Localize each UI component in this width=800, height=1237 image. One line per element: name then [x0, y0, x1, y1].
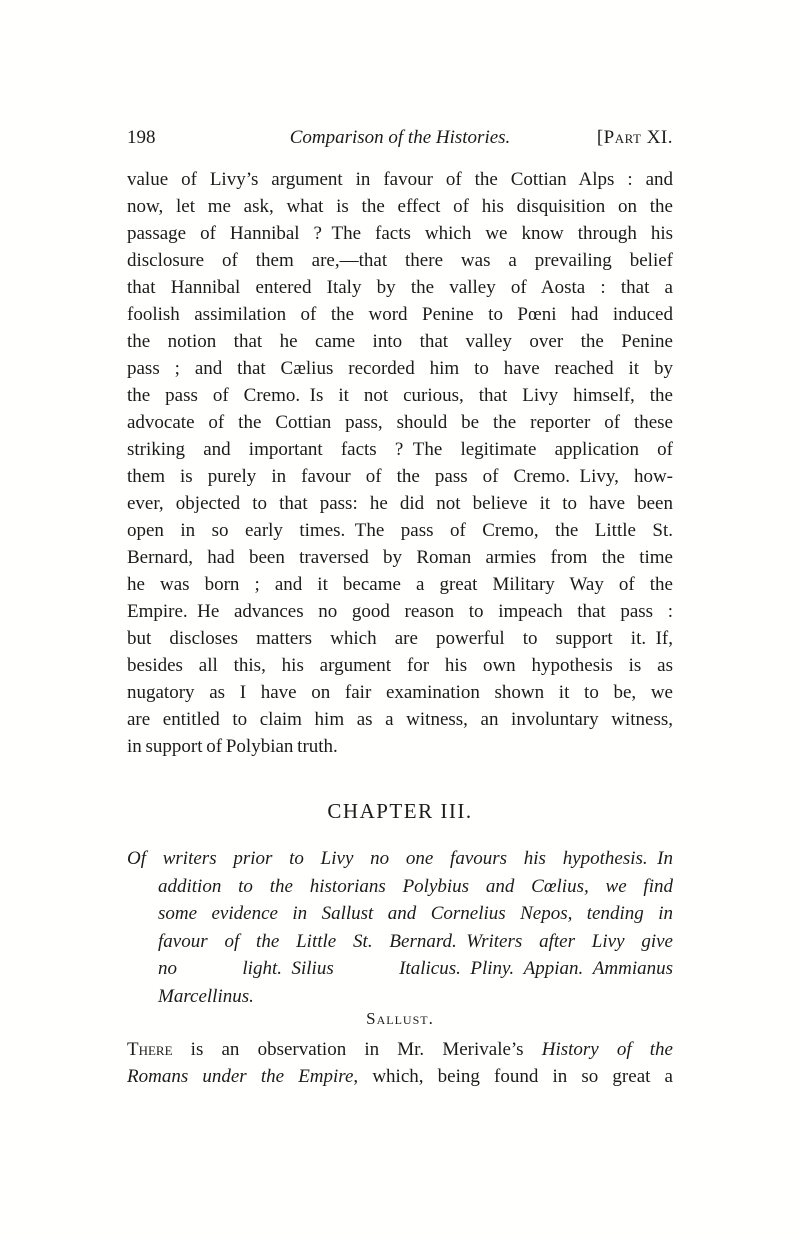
text-line: Marcellinus. — [127, 983, 673, 1011]
text-segment: but discloses matters which are powerful… — [127, 628, 673, 649]
text-segment: Empire. He advances no good reason to im… — [127, 601, 673, 622]
paragraph-continuation: value of Livy’s argument in favour of th… — [127, 166, 673, 760]
text-line: but discloses matters which are powerful… — [127, 625, 673, 652]
text-segment: are entitled to claim him as a witness, … — [127, 709, 673, 730]
text-line: nugatory as I have on fair examination s… — [127, 679, 673, 706]
text-segment: Romans under the Empire — [127, 1066, 353, 1087]
text-line: Empire. He advances no good reason to im… — [127, 598, 673, 625]
text-segment: pass ; and that Cælius recorded him to h… — [127, 358, 673, 379]
text-segment: Marcellinus. — [158, 986, 254, 1007]
text-segment: in support of Polybian truth. — [127, 736, 338, 757]
text-segment: them is purely in favour of the pass of … — [127, 466, 673, 487]
text-segment: ever, objected to that pass: he did not … — [127, 493, 673, 514]
text-segment: besides all this, his argument for his o… — [127, 655, 673, 676]
text-line: besides all this, his argument for his o… — [127, 652, 673, 679]
text-line: striking and important facts ? The legit… — [127, 436, 673, 463]
text-line: some evidence in Sallust and Cornelius N… — [127, 900, 673, 928]
text-line: disclosure of them are,—that there was a… — [127, 247, 673, 274]
text-line: addition to the historians Polybius and … — [127, 873, 673, 901]
text-segment: Bernard, had been traversed by Roman arm… — [127, 547, 673, 568]
text-segment: some evidence in Sallust and Cornelius N… — [158, 903, 673, 924]
text-segment: nugatory as I have on fair examination s… — [127, 682, 673, 703]
text-segment: Of writers prior to Livy no one favours … — [127, 848, 673, 869]
running-title: Comparison of the Histories. — [247, 127, 553, 149]
text-segment: favour of the Little St. Bernard. Writer… — [158, 931, 673, 952]
text-segment: passage of Hannibal ? The facts which we… — [127, 223, 673, 244]
text-segment: no light. Silius Italicus. Pliny. Appian… — [158, 958, 673, 979]
text-line: that Hannibal entered Italy by the valle… — [127, 274, 673, 301]
page-header: 198 Comparison of the Histories. [Part X… — [127, 127, 673, 149]
text-segment: History of the — [542, 1039, 673, 1060]
text-line: the pass of Cremo. Is it not curious, th… — [127, 382, 673, 409]
text-segment: the pass of Cremo. Is it not curious, th… — [127, 385, 673, 406]
part-label: [Part XI. — [553, 127, 673, 149]
text-segment: There — [127, 1039, 173, 1060]
text-line: favour of the Little St. Bernard. Writer… — [127, 928, 673, 956]
text-line: them is purely in favour of the pass of … — [127, 463, 673, 490]
text-segment: value of Livy’s argument in favour of th… — [127, 169, 673, 190]
chapter-heading: CHAPTER III. — [127, 799, 673, 824]
text-line: no light. Silius Italicus. Pliny. Appian… — [127, 955, 673, 983]
text-segment: open in so early times. The pass of Crem… — [127, 520, 673, 541]
text-line: Romans under the Empire, which, being fo… — [127, 1063, 673, 1090]
text-segment: addition to the historians Polybius and … — [158, 876, 673, 897]
text-segment: is an observation in Mr. Merivale’s — [173, 1039, 542, 1060]
page-number: 198 — [127, 127, 247, 149]
text-line: pass ; and that Cælius recorded him to h… — [127, 355, 673, 382]
text-segment: advocate of the Cottian pass, should be … — [127, 412, 673, 433]
text-line: are entitled to claim him as a witness, … — [127, 706, 673, 733]
text-line: passage of Hannibal ? The facts which we… — [127, 220, 673, 247]
text-line: Bernard, had been traversed by Roman arm… — [127, 544, 673, 571]
text-segment: , which, being found in so great a — [353, 1066, 673, 1087]
chapter-summary: Of writers prior to Livy no one favours … — [127, 845, 673, 1010]
text-line: There is an observation in Mr. Merivale’… — [127, 1036, 673, 1063]
text-line: advocate of the Cottian pass, should be … — [127, 409, 673, 436]
text-line: value of Livy’s argument in favour of th… — [127, 166, 673, 193]
text-line: in support of Polybian truth. — [127, 733, 673, 760]
text-line: now, let me ask, what is the effect of h… — [127, 193, 673, 220]
text-line: open in so early times. The pass of Crem… — [127, 517, 673, 544]
text-segment: he was born ; and it became a great Mili… — [127, 574, 673, 595]
text-segment: that Hannibal entered Italy by the valle… — [127, 277, 673, 298]
section-heading: Sallust. — [127, 1009, 673, 1029]
text-line: he was born ; and it became a great Mili… — [127, 571, 673, 598]
text-segment: the notion that he came into that valley… — [127, 331, 673, 352]
text-segment: disclosure of them are,—that there was a… — [127, 250, 673, 271]
text-line: Of writers prior to Livy no one favours … — [127, 845, 673, 873]
book-page: 198 Comparison of the Histories. [Part X… — [0, 0, 800, 1237]
text-line: ever, objected to that pass: he did not … — [127, 490, 673, 517]
text-segment: now, let me ask, what is the effect of h… — [127, 196, 673, 217]
text-segment: foolish assimilation of the word Penine … — [127, 304, 673, 325]
section-paragraph: There is an observation in Mr. Merivale’… — [127, 1036, 673, 1090]
text-segment: striking and important facts ? The legit… — [127, 439, 673, 460]
text-line: foolish assimilation of the word Penine … — [127, 301, 673, 328]
text-line: the notion that he came into that valley… — [127, 328, 673, 355]
